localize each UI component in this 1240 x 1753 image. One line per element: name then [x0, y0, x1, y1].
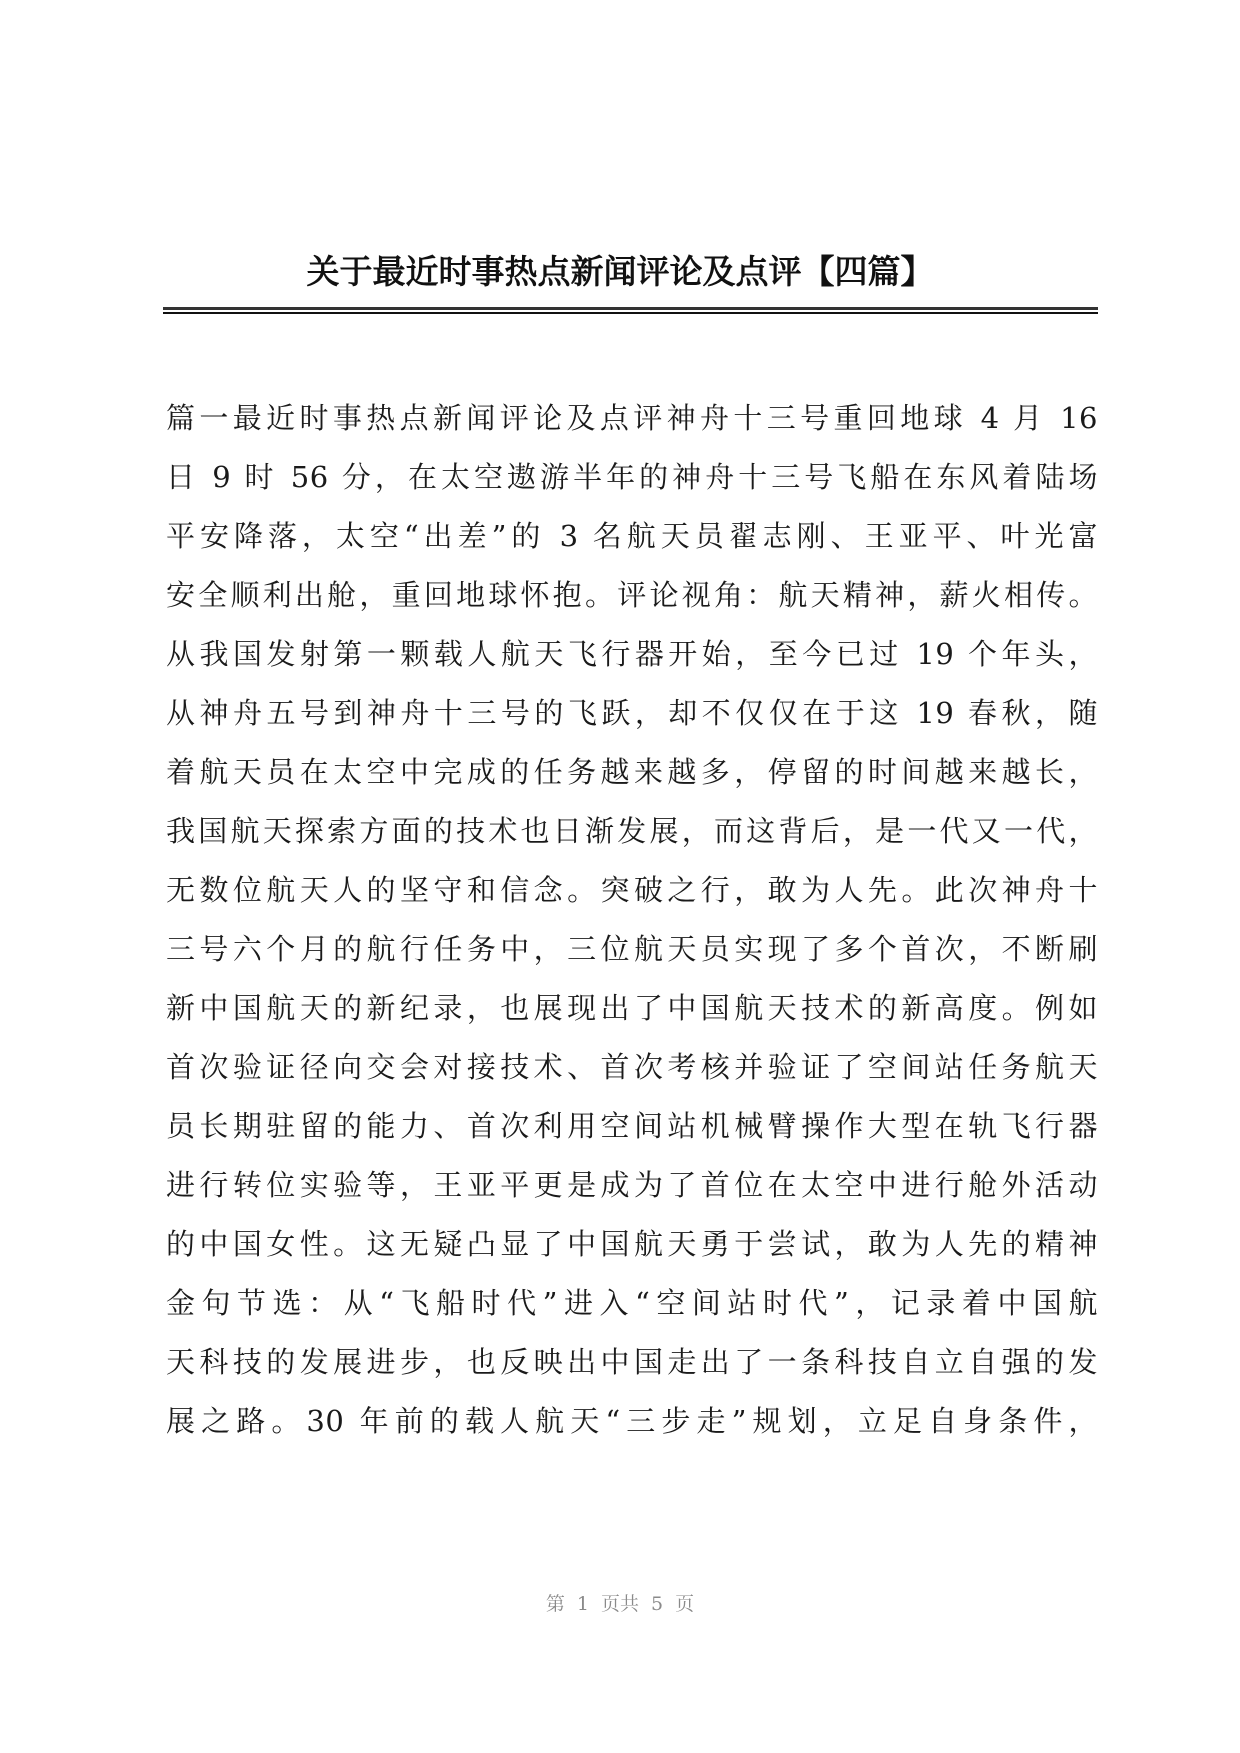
body-line: 无数位航天人的坚守和信念。突破之行，敢为人先。此次神舟十 [166, 861, 1098, 920]
body-line: 平安降落，太空“出差”的 3 名航天员翟志刚、王亚平、叶光富 [166, 507, 1098, 566]
body-line: 从神舟五号到神舟十三号的飞跃，却不仅仅在于这 19 春秋，随 [166, 684, 1098, 743]
body-line: 新中国航天的新纪录，也展现出了中国航天技术的新高度。例如 [166, 979, 1098, 1038]
document-title: 关于最近时事热点新闻评论及点评【四篇】 [0, 250, 1240, 294]
body-line: 首次验证径向交会对接技术、首次考核并验证了空间站任务航天 [166, 1038, 1098, 1097]
body-line: 从我国发射第一颗载人航天飞行器开始，至今已过 19 个年头， [166, 625, 1098, 684]
footer-current-page: 1 [577, 1593, 589, 1615]
page-footer: 第1页共5页 [0, 1591, 1240, 1617]
title-underline-thick [163, 307, 1098, 310]
body-line: 篇一最近时事热点新闻评论及点评神舟十三号重回地球 4 月 16 [166, 389, 1098, 448]
title-underline-thin [163, 312, 1098, 314]
body-text: 篇一最近时事热点新闻评论及点评神舟十三号重回地球 4 月 16 日 9 时 56… [166, 389, 1098, 1451]
body-line: 员长期驻留的能力、首次利用空间站机械臂操作大型在轨飞行器 [166, 1097, 1098, 1156]
footer-suffix: 页 [675, 1593, 694, 1615]
body-line: 日 9 时 56 分，在太空遨游半年的神舟十三号飞船在东风着陆场 [166, 448, 1098, 507]
document-page: 关于最近时事热点新闻评论及点评【四篇】 篇一最近时事热点新闻评论及点评神舟十三号… [0, 0, 1240, 1753]
body-line: 天科技的发展进步，也反映出中国走出了一条科技自立自强的发 [166, 1333, 1098, 1392]
body-line: 着航天员在太空中完成的任务越来越多，停留的时间越来越长， [166, 743, 1098, 802]
body-line: 的中国女性。这无疑凸显了中国航天勇于尝试，敢为人先的精神 [166, 1215, 1098, 1274]
footer-prefix: 第 [546, 1593, 565, 1615]
body-line: 金句节选：从“飞船时代”进入“空间站时代”，记录着中国航 [166, 1274, 1098, 1333]
body-line: 进行转位实验等，王亚平更是成为了首位在太空中进行舱外活动 [166, 1156, 1098, 1215]
body-line: 展之路。30 年前的载人航天“三步走”规划，立足自身条件， [166, 1392, 1098, 1451]
footer-total-pages: 5 [651, 1593, 663, 1615]
body-line: 三号六个月的航行任务中，三位航天员实现了多个首次，不断刷 [166, 920, 1098, 979]
body-line: 我国航天探索方面的技术也日渐发展，而这背后，是一代又一代， [166, 802, 1098, 861]
footer-middle: 页共 [601, 1593, 639, 1615]
body-line: 安全顺利出舱，重回地球怀抱。评论视角：航天精神，薪火相传。 [166, 566, 1098, 625]
